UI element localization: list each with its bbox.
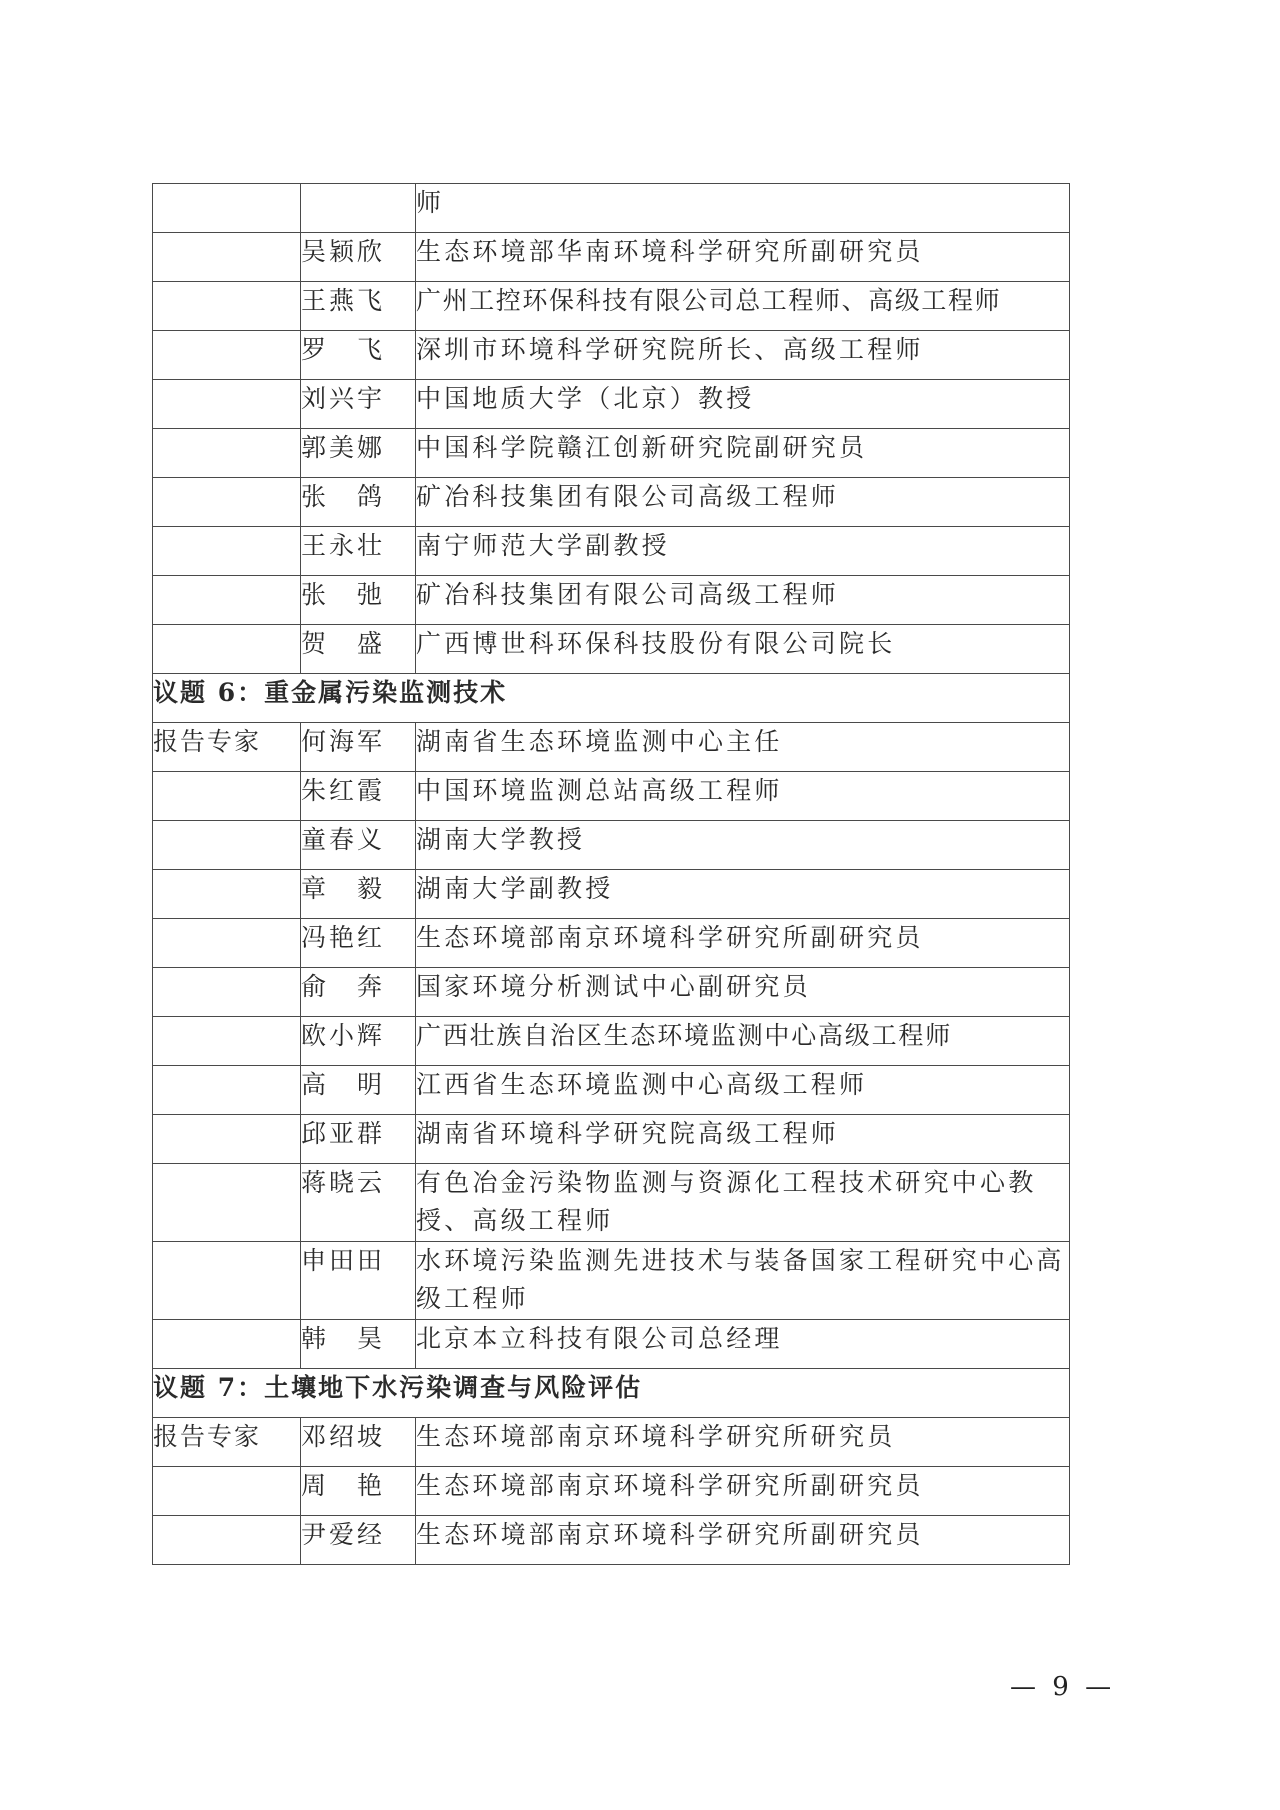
- name-cell: 朱红霞: [301, 772, 416, 821]
- expert-table: 师 吴颖欣 生态环境部华南环境科学研究所副研究员 王燕飞 广州工控环保科技有限公…: [152, 183, 1070, 1565]
- table-row: 俞 奔 国家环境分析测试中心副研究员: [153, 968, 1070, 1017]
- table-row: 朱红霞 中国环境监测总站高级工程师: [153, 772, 1070, 821]
- affiliation-cell: 江西省生态环境监测中心高级工程师: [416, 1066, 1070, 1115]
- table-row: 韩 昊 北京本立科技有限公司总经理: [153, 1320, 1070, 1369]
- affiliation-cell: 水环境污染监测先进技术与装备国家工程研究中心高级工程师: [416, 1242, 1070, 1320]
- table-row: 刘兴宇 中国地质大学（北京）教授: [153, 380, 1070, 429]
- name-cell: 欧小辉: [301, 1017, 416, 1066]
- role-cell: [153, 576, 301, 625]
- affiliation-cell: 生态环境部华南环境科学研究所副研究员: [416, 233, 1070, 282]
- name-cell: 王燕飞: [301, 282, 416, 331]
- table-row: 冯艳红 生态环境部南京环境科学研究所副研究员: [153, 919, 1070, 968]
- table-row: 贺 盛 广西博世科环保科技股份有限公司院长: [153, 625, 1070, 674]
- affiliation-cell: 生态环境部南京环境科学研究所副研究员: [416, 1516, 1070, 1565]
- name-cell: 刘兴宇: [301, 380, 416, 429]
- name-cell: 周 艳: [301, 1467, 416, 1516]
- table-row: 章 毅 湖南大学副教授: [153, 870, 1070, 919]
- role-cell: [153, 821, 301, 870]
- name-cell: 章 毅: [301, 870, 416, 919]
- name-cell: 郭美娜: [301, 429, 416, 478]
- name-cell: 罗 飞: [301, 331, 416, 380]
- table-row: 师: [153, 184, 1070, 233]
- affiliation-cell: 国家环境分析测试中心副研究员: [416, 968, 1070, 1017]
- name-cell: 韩 昊: [301, 1320, 416, 1369]
- role-cell: 报告专家: [153, 723, 301, 772]
- table-row: 郭美娜 中国科学院赣江创新研究院副研究员: [153, 429, 1070, 478]
- affiliation-cell: 湖南省生态环境监测中心主任: [416, 723, 1070, 772]
- name-cell: 何海军: [301, 723, 416, 772]
- table-row: 罗 飞 深圳市环境科学研究院所长、高级工程师: [153, 331, 1070, 380]
- table-row: 吴颖欣 生态环境部华南环境科学研究所副研究员: [153, 233, 1070, 282]
- name-cell: 邓绍坡: [301, 1418, 416, 1467]
- name-cell: 张 鸽: [301, 478, 416, 527]
- affiliation-cell: 中国地质大学（北京）教授: [416, 380, 1070, 429]
- role-cell: [153, 233, 301, 282]
- table-row: 王永壮 南宁师范大学副教授: [153, 527, 1070, 576]
- affiliation-cell: 有色冶金污染物监测与资源化工程技术研究中心教授、高级工程师: [416, 1164, 1070, 1242]
- table-row: 尹爱经 生态环境部南京环境科学研究所副研究员: [153, 1516, 1070, 1565]
- role-cell: [153, 1467, 301, 1516]
- name-cell: 蒋晓云: [301, 1164, 416, 1242]
- role-cell: [153, 527, 301, 576]
- affiliation-cell: 师: [416, 184, 1070, 233]
- role-cell: [153, 919, 301, 968]
- section-6-title: 议题 6：重金属污染监测技术: [153, 674, 1070, 723]
- affiliation-cell: 湖南大学教授: [416, 821, 1070, 870]
- role-cell: [153, 1320, 301, 1369]
- table-row: 欧小辉 广西壮族自治区生态环境监测中心高级工程师: [153, 1017, 1070, 1066]
- name-cell: 俞 奔: [301, 968, 416, 1017]
- table-row: 报告专家 何海军 湖南省生态环境监测中心主任: [153, 723, 1070, 772]
- role-cell: [153, 380, 301, 429]
- role-cell: [153, 1516, 301, 1565]
- section-header-row: 议题 7：土壤地下水污染调查与风险评估: [153, 1369, 1070, 1418]
- name-cell: 吴颖欣: [301, 233, 416, 282]
- affiliation-cell: 湖南省环境科学研究院高级工程师: [416, 1115, 1070, 1164]
- role-cell: 报告专家: [153, 1418, 301, 1467]
- name-cell: 高 明: [301, 1066, 416, 1115]
- document-page: 师 吴颖欣 生态环境部华南环境科学研究所副研究员 王燕飞 广州工控环保科技有限公…: [0, 0, 1280, 1810]
- affiliation-cell: 深圳市环境科学研究院所长、高级工程师: [416, 331, 1070, 380]
- affiliation-cell: 中国环境监测总站高级工程师: [416, 772, 1070, 821]
- name-cell: [301, 184, 416, 233]
- table-row: 高 明 江西省生态环境监测中心高级工程师: [153, 1066, 1070, 1115]
- role-cell: [153, 1017, 301, 1066]
- section-7-title: 议题 7：土壤地下水污染调查与风险评估: [153, 1369, 1070, 1418]
- affiliation-cell: 矿冶科技集团有限公司高级工程师: [416, 576, 1070, 625]
- table-row: 张 弛 矿冶科技集团有限公司高级工程师: [153, 576, 1070, 625]
- table-row: 蒋晓云 有色冶金污染物监测与资源化工程技术研究中心教授、高级工程师: [153, 1164, 1070, 1242]
- affiliation-cell: 北京本立科技有限公司总经理: [416, 1320, 1070, 1369]
- role-cell: [153, 184, 301, 233]
- affiliation-cell: 生态环境部南京环境科学研究所副研究员: [416, 919, 1070, 968]
- role-cell: [153, 1115, 301, 1164]
- affiliation-cell: 广西博世科环保科技股份有限公司院长: [416, 625, 1070, 674]
- role-cell: [153, 1242, 301, 1320]
- role-cell: [153, 1066, 301, 1115]
- affiliation-cell: 湖南大学副教授: [416, 870, 1070, 919]
- section-header-row: 议题 6：重金属污染监测技术: [153, 674, 1070, 723]
- role-cell: [153, 870, 301, 919]
- name-cell: 张 弛: [301, 576, 416, 625]
- role-cell: [153, 478, 301, 527]
- role-cell: [153, 1164, 301, 1242]
- affiliation-cell: 广西壮族自治区生态环境监测中心高级工程师: [416, 1017, 1070, 1066]
- name-cell: 邱亚群: [301, 1115, 416, 1164]
- role-cell: [153, 772, 301, 821]
- table-row: 报告专家 邓绍坡 生态环境部南京环境科学研究所研究员: [153, 1418, 1070, 1467]
- page-number: — 9 —: [1010, 1672, 1115, 1702]
- name-cell: 贺 盛: [301, 625, 416, 674]
- table-row: 周 艳 生态环境部南京环境科学研究所副研究员: [153, 1467, 1070, 1516]
- role-cell: [153, 429, 301, 478]
- role-cell: [153, 625, 301, 674]
- affiliation-cell: 矿冶科技集团有限公司高级工程师: [416, 478, 1070, 527]
- table-row: 申田田 水环境污染监测先进技术与装备国家工程研究中心高级工程师: [153, 1242, 1070, 1320]
- role-cell: [153, 282, 301, 331]
- role-cell: [153, 968, 301, 1017]
- affiliation-cell: 广州工控环保科技有限公司总工程师、高级工程师: [416, 282, 1070, 331]
- affiliation-cell: 生态环境部南京环境科学研究所研究员: [416, 1418, 1070, 1467]
- affiliation-cell: 生态环境部南京环境科学研究所副研究员: [416, 1467, 1070, 1516]
- name-cell: 冯艳红: [301, 919, 416, 968]
- name-cell: 申田田: [301, 1242, 416, 1320]
- table-row: 王燕飞 广州工控环保科技有限公司总工程师、高级工程师: [153, 282, 1070, 331]
- name-cell: 尹爱经: [301, 1516, 416, 1565]
- role-cell: [153, 331, 301, 380]
- table-row: 张 鸽 矿冶科技集团有限公司高级工程师: [153, 478, 1070, 527]
- table-row: 邱亚群 湖南省环境科学研究院高级工程师: [153, 1115, 1070, 1164]
- name-cell: 王永壮: [301, 527, 416, 576]
- affiliation-cell: 南宁师范大学副教授: [416, 527, 1070, 576]
- table-row: 童春义 湖南大学教授: [153, 821, 1070, 870]
- name-cell: 童春义: [301, 821, 416, 870]
- affiliation-cell: 中国科学院赣江创新研究院副研究员: [416, 429, 1070, 478]
